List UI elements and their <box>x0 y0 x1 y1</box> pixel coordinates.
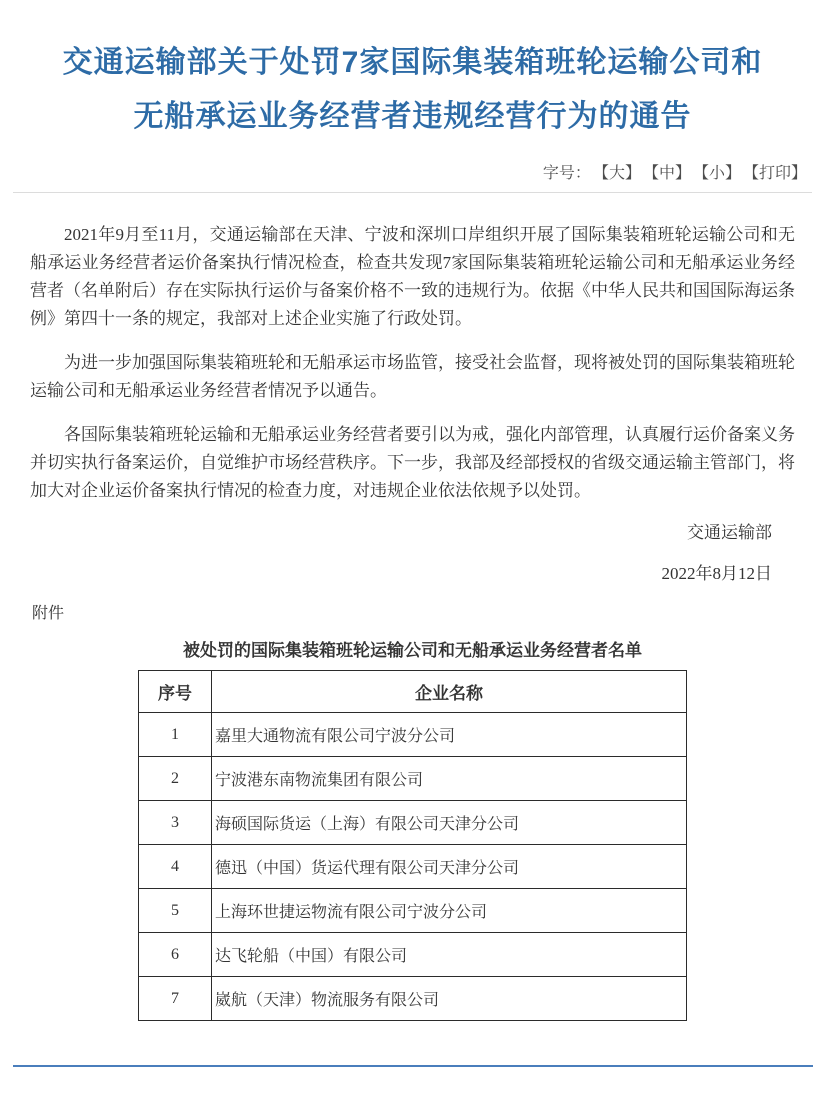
attachment-label: 附件 <box>0 600 825 628</box>
paragraph-2: 为进一步加强国际集装箱班轮和无船承运市场监管，接受社会监督，现将被处罚的国际集装… <box>30 349 795 405</box>
header-index: 序号 <box>139 671 212 713</box>
row-index: 2 <box>139 757 212 801</box>
header-company-name: 企业名称 <box>212 671 687 713</box>
footer-rule <box>13 1065 813 1067</box>
signature-org: 交通运输部 <box>0 519 825 547</box>
print-link[interactable]: 【打印】 <box>751 165 807 182</box>
font-size-label: 字号： <box>543 165 591 182</box>
company-name: 上海环世捷运物流有限公司宁波分公司 <box>212 889 687 933</box>
table-row: 1 嘉里大通物流有限公司宁波分公司 <box>139 713 687 757</box>
row-index: 5 <box>139 889 212 933</box>
font-size-large-link[interactable]: 【大】 <box>601 165 641 182</box>
row-index: 6 <box>139 933 212 977</box>
font-size-bar: 字号：【大】【中】【小】【打印】 <box>0 160 825 183</box>
table-row: 2 宁波港东南物流集团有限公司 <box>139 757 687 801</box>
header-divider <box>13 192 812 193</box>
font-size-medium-link[interactable]: 【中】 <box>651 165 691 182</box>
paragraph-1: 2021年9月至11月，交通运输部在天津、宁波和深圳口岸组织开展了国际集装箱班轮… <box>30 221 795 333</box>
company-name: 达飞轮船（中国）有限公司 <box>212 933 687 977</box>
company-name: 嘉里大通物流有限公司宁波分公司 <box>212 713 687 757</box>
company-name: 崴航（天津）物流服务有限公司 <box>212 977 687 1021</box>
table-row: 4 德迅（中国）货运代理有限公司天津分公司 <box>139 845 687 889</box>
row-index: 3 <box>139 801 212 845</box>
row-index: 1 <box>139 713 212 757</box>
company-name: 海硕国际货运（上海）有限公司天津分公司 <box>212 801 687 845</box>
font-size-small-link[interactable]: 【小】 <box>701 165 741 182</box>
company-name: 德迅（中国）货运代理有限公司天津分公司 <box>212 845 687 889</box>
table-row: 6 达飞轮船（中国）有限公司 <box>139 933 687 977</box>
paragraph-3: 各国际集装箱班轮运输和无船承运业务经营者要引以为戒，强化内部管理，认真履行运价备… <box>30 421 795 505</box>
page-title: 交通运输部关于处罚7家国际集装箱班轮运输公司和无船承运业务经营者违规经营行为的通… <box>48 36 778 144</box>
row-index: 7 <box>139 977 212 1021</box>
notice-page: 交通运输部关于处罚7家国际集装箱班轮运输公司和无船承运业务经营者违规经营行为的通… <box>0 0 825 1104</box>
row-index: 4 <box>139 845 212 889</box>
table-row: 3 海硕国际货运（上海）有限公司天津分公司 <box>139 801 687 845</box>
signature-date: 2022年8月12日 <box>0 560 825 588</box>
table-row: 5 上海环世捷运物流有限公司宁波分公司 <box>139 889 687 933</box>
penalized-companies-table: 序号 企业名称 1 嘉里大通物流有限公司宁波分公司 2 宁波港东南物流集团有限公… <box>138 670 687 1021</box>
company-name: 宁波港东南物流集团有限公司 <box>212 757 687 801</box>
table-header-row: 序号 企业名称 <box>139 671 687 713</box>
table-row: 7 崴航（天津）物流服务有限公司 <box>139 977 687 1021</box>
notice-body: 2021年9月至11月，交通运输部在天津、宁波和深圳口岸组织开展了国际集装箱班轮… <box>0 221 825 505</box>
table-title: 被处罚的国际集装箱班轮运输公司和无船承运业务经营者名单 <box>0 637 825 665</box>
